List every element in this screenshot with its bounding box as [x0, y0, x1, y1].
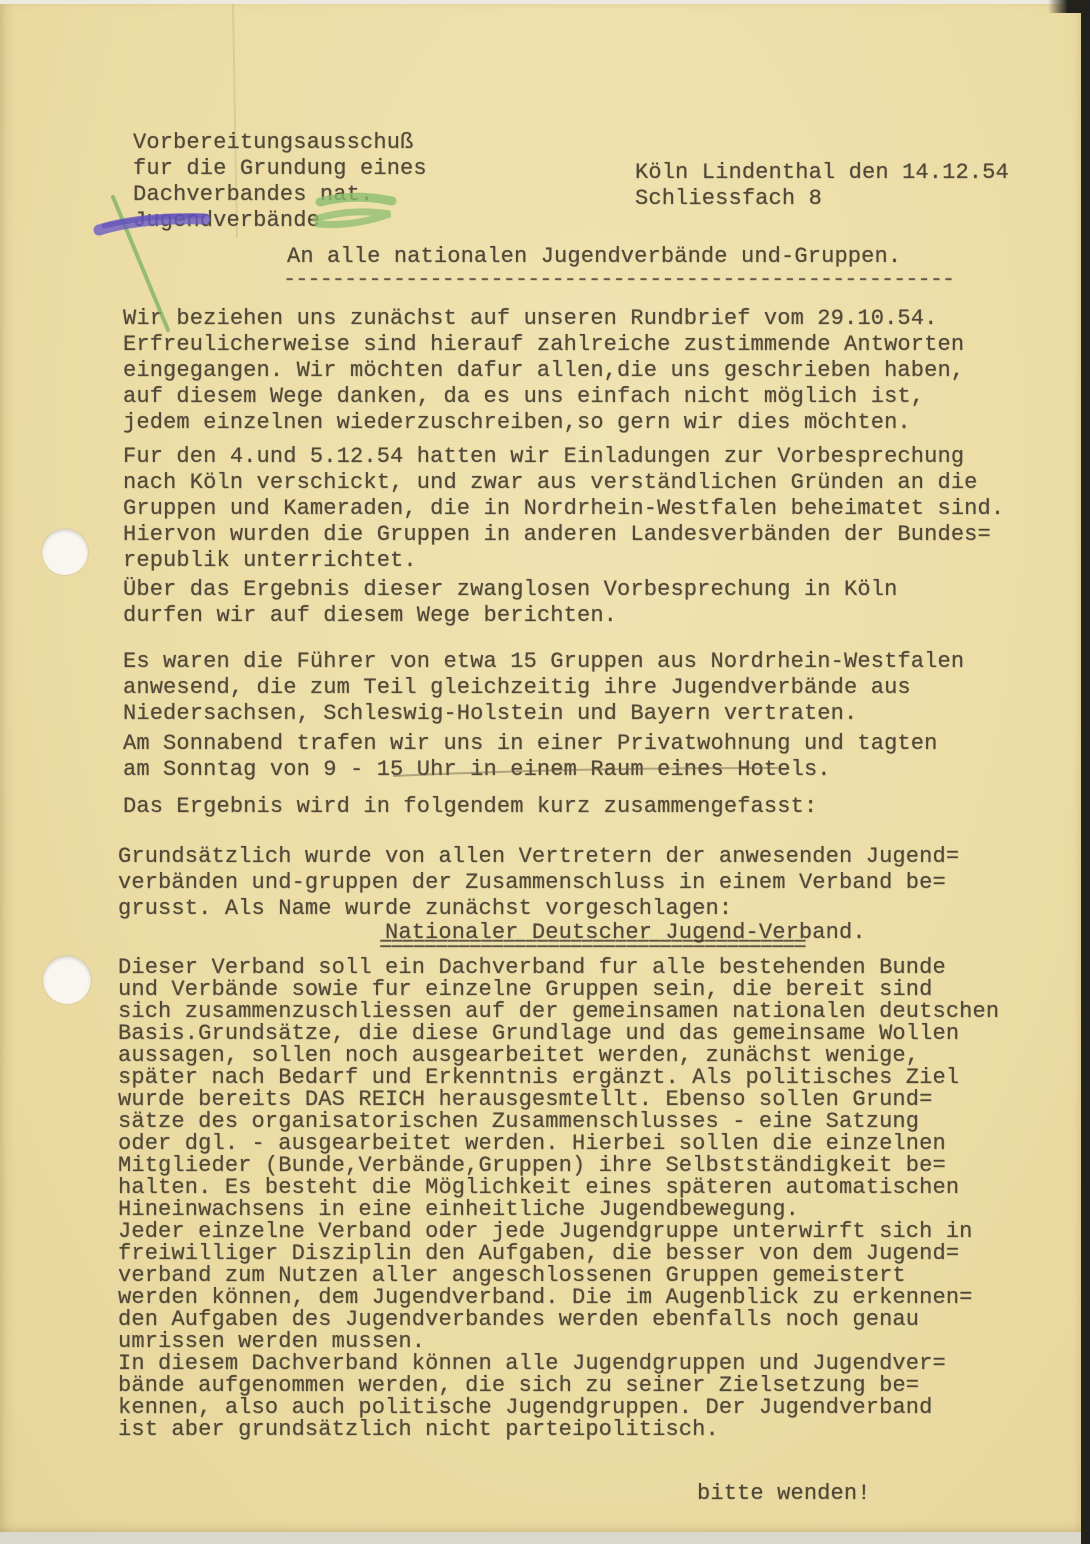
paragraph-zusammenfassung-intro: Das Ergebnis wird in folgendem kurz zusa… — [123, 794, 817, 820]
paragraph-zusammenschluss: Grundsätzlich wurde von allen Vertretern… — [118, 844, 959, 922]
sender-address-block: Vorbereitungsausschuß fur die Grundung e… — [133, 130, 427, 234]
dateline-block: Köln Lindenthal den 14.12.54 Schliessfac… — [635, 160, 1009, 212]
paragraph-ergebnis-intro: Über das Ergebnis dieser zwanglosen Vorb… — [123, 577, 897, 629]
scan-corner-top-right — [1048, 0, 1081, 13]
scan-edge-bottom — [0, 1532, 1081, 1544]
paragraph-einladungen: Fur den 4.und 5.12.54 hatten wir Einladu… — [123, 444, 1004, 574]
scan-edge-right — [1081, 0, 1090, 1544]
punch-hole-bottom — [43, 956, 91, 1004]
punch-hole-top — [42, 529, 88, 575]
paragraph-reference-rundbrief: Wir beziehen uns zunächst auf unseren Ru… — [123, 306, 964, 436]
subject-underline: ----------------------------------------… — [283, 267, 954, 293]
paragraph-teilnehmer: Es waren die Führer von etwa 15 Gruppen … — [123, 649, 964, 727]
scan-edge-top — [0, 0, 1081, 4]
paragraph-dachverband-details: Dieser Verband soll ein Dachverband fur … — [118, 957, 999, 1441]
scanned-document-background: Vorbereitungsausschuß fur die Grundung e… — [0, 0, 1090, 1544]
letter-page: Vorbereitungsausschuß fur die Grundung e… — [0, 4, 1081, 1532]
paragraph-treffen: Am Sonnabend trafen wir uns in einer Pri… — [123, 731, 937, 783]
turn-page-note: bitte wenden! — [697, 1481, 871, 1507]
